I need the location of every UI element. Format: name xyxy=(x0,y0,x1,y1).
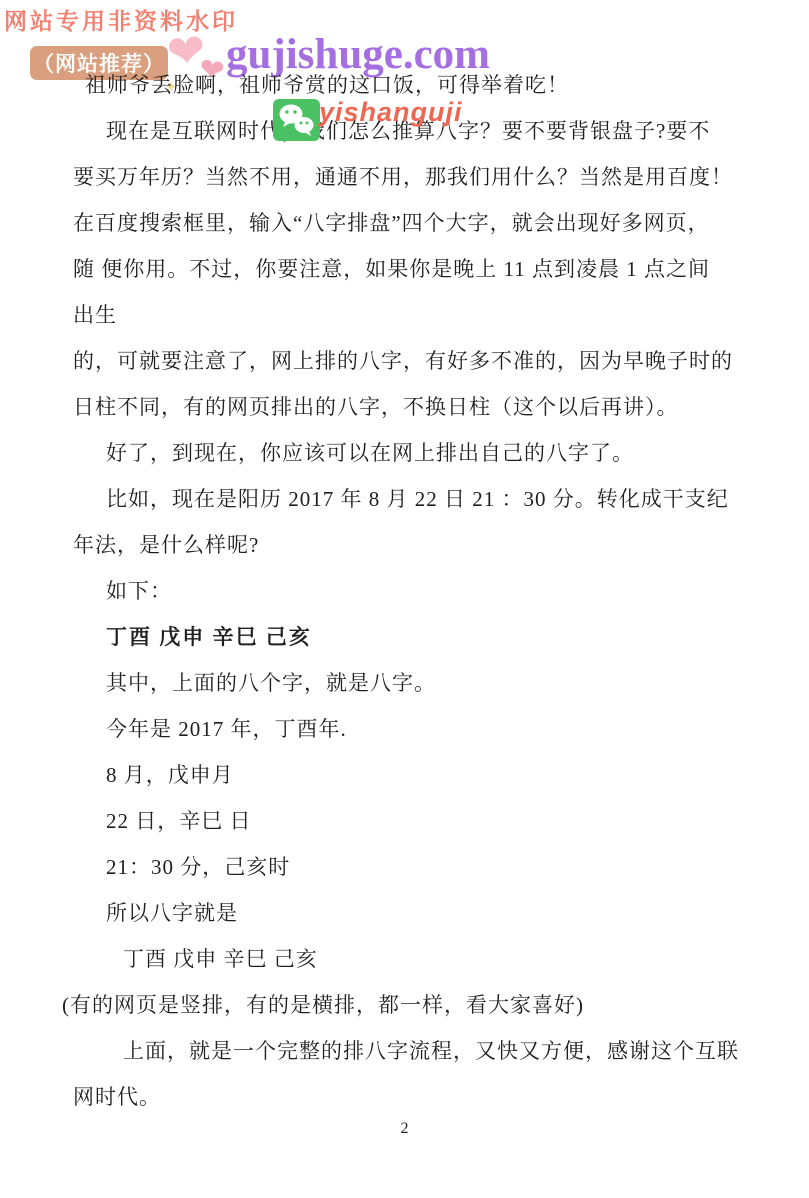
text-line: 8 月，戊申月 xyxy=(73,752,769,798)
text-line: 年法，是什么样呢? xyxy=(73,522,769,568)
text-line: 今年是 2017 年，丁酉年. xyxy=(73,706,769,752)
bazi-heading: 丁酉 戊申 辛巳 己亥 xyxy=(73,614,769,660)
text-line: 要买万年历？当然不用，通通不用，那我们用什么？当然是用百度！ xyxy=(73,154,769,200)
wechat-icon xyxy=(273,99,320,146)
page-content: 祖师爷丢脸啊，祖师爷赏的这口饭，可得举着吃！ 现在是互联网时代，我们怎么推算八字… xyxy=(73,62,769,1120)
text-line: 好了，到现在，你应该可以在网上排出自己的八字了。 xyxy=(73,430,769,476)
text-line: 比如，现在是阳历 2017 年 8 月 22 日 21 ：30 分。转化成干支纪 xyxy=(73,476,769,522)
text-line: 其中，上面的八个字，就是八字。 xyxy=(73,660,769,706)
text-line: 22 日，辛巳 日 xyxy=(73,798,769,844)
text-line: 所以八字就是 xyxy=(73,890,769,936)
text-line: 出生 xyxy=(73,292,769,338)
bazi-line: 丁酉 戊申 辛巳 己亥 xyxy=(73,936,769,982)
text-line: 日柱不同，有的网页排出的八字，不换日柱（这个以后再讲）。 xyxy=(73,384,769,430)
text-line: 上面，就是一个完整的排八字流程，又快又方便，感谢这个互联 xyxy=(73,1028,769,1074)
document-page: 网站专用非资料水印 （网站推荐） ❤ ❤ ✦ gujishuge.com yis… xyxy=(0,0,809,1198)
mid-watermark-text: yishanguji xyxy=(319,97,463,128)
text-line: 随 便你用。不过，你要注意，如果你是晚上 11 点到凌晨 1 点之间 xyxy=(73,246,769,292)
text-line: 在百度搜索框里，输入“八字排盘”四个大字，就会出现好多网页， xyxy=(73,200,769,246)
text-line: 如下： xyxy=(73,568,769,614)
text-line: 的，可就要注意了，网上排的八字，有好多不准的，因为早晚子时的 xyxy=(73,338,769,384)
text-line: (有的网页是竖排，有的是横排，都一样，看大家喜好) xyxy=(62,982,769,1028)
text-line: 网时代。 xyxy=(73,1074,769,1120)
page-number: 2 xyxy=(0,1120,809,1138)
text-line: 21：30 分，己亥时 xyxy=(73,844,769,890)
